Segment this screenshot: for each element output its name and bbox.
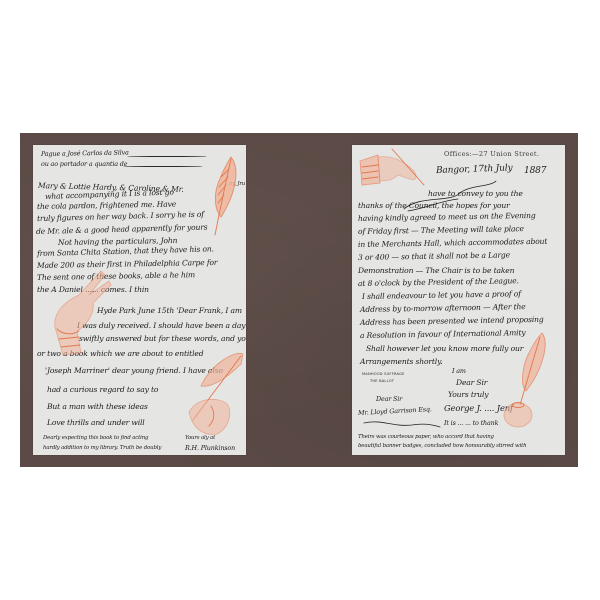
letter-line: truly figures on her way back. I sorry h… [37, 210, 204, 223]
letter-line: de Mr. ale & a good head apparently for … [36, 223, 208, 236]
letter-line: hardly addition to my library. Truth be … [43, 445, 161, 451]
letter-line: in the Merchants Hall, which accommodate… [358, 237, 547, 249]
printed-motto: MANHOOD SUFFRAGE [362, 372, 405, 376]
letter-line: the cola pardon, frightened me. Have [37, 200, 176, 211]
closing-line: Yours truly [448, 390, 488, 399]
letter-line: Hyde Park June 15th 'Dear Frank, I am [97, 306, 242, 315]
right-letter-page: Offices:—27 Union Street. Bangor, 17th J… [352, 145, 565, 455]
quill-and-inkpot-icon [492, 331, 552, 431]
addressee-name: Mr. Lloyd Garrison Esq. [358, 405, 432, 417]
letter-line: But a man with these ideas [47, 402, 148, 411]
letter-line: having kindly agreed to meet us on the E… [358, 211, 536, 223]
letter-line: Address by to-morrow afternoon — After t… [360, 302, 526, 314]
letter-line: Address has been presented we intend pro… [360, 315, 544, 327]
cheque-header-line-1: Pague a José Carlos da Silva [41, 148, 129, 158]
quill-feather-icon [201, 155, 241, 240]
letter-line: thanks of the Council, the hopes for you… [358, 201, 510, 210]
cheque-header-line-2: ou ao portador a quantia de [41, 160, 127, 168]
hand-writing-with-quill-icon [181, 350, 246, 440]
closing-line: I am [452, 367, 466, 375]
letter-line: Demonstration — The Chair is to be taken [358, 266, 514, 275]
pointing-hand-icon [43, 265, 118, 360]
printed-motto: THE BALLOT [370, 379, 394, 383]
letterhead: Offices:—27 Union Street. [444, 150, 539, 158]
left-letter-page: Pague a José Carlos da Silva ou ao porta… [33, 145, 246, 455]
addressee-salutation: Dear Sir [376, 395, 402, 403]
letter-line: of Friday first — The Meeting will take … [358, 224, 524, 236]
footer-line: beautiful banner badges, concluded how h… [358, 443, 526, 449]
letter-line: 3 or 400 — so that it shall not be a Lar… [358, 250, 510, 262]
letter-line: Love thrills and under will [47, 418, 145, 427]
letter-line: at 8 o'clock by the President of the Lea… [358, 276, 519, 288]
flourish-icon [362, 417, 442, 429]
footer-line: It is ... ... to thank [444, 419, 498, 427]
letter-line: Arrangements shortly. [360, 357, 442, 366]
footer-line: Theirs was courteous paper, who accord t… [358, 434, 494, 440]
hand-holding-pen-icon [358, 147, 428, 189]
letter-line: had a curious regard to say to [47, 385, 158, 394]
year: 1887 [524, 166, 546, 176]
letter-line: have to convey to you the [428, 189, 523, 198]
letter-line: Dearly expecting this book to find actin… [43, 435, 148, 441]
scribble-dash [123, 166, 203, 167]
signature: R.H. Plunkinson [185, 444, 235, 452]
letter-line: I shall endeavour to let you have a proo… [362, 289, 521, 301]
scribble-dash [127, 156, 207, 157]
closing-line: Dear Sir [456, 378, 487, 387]
